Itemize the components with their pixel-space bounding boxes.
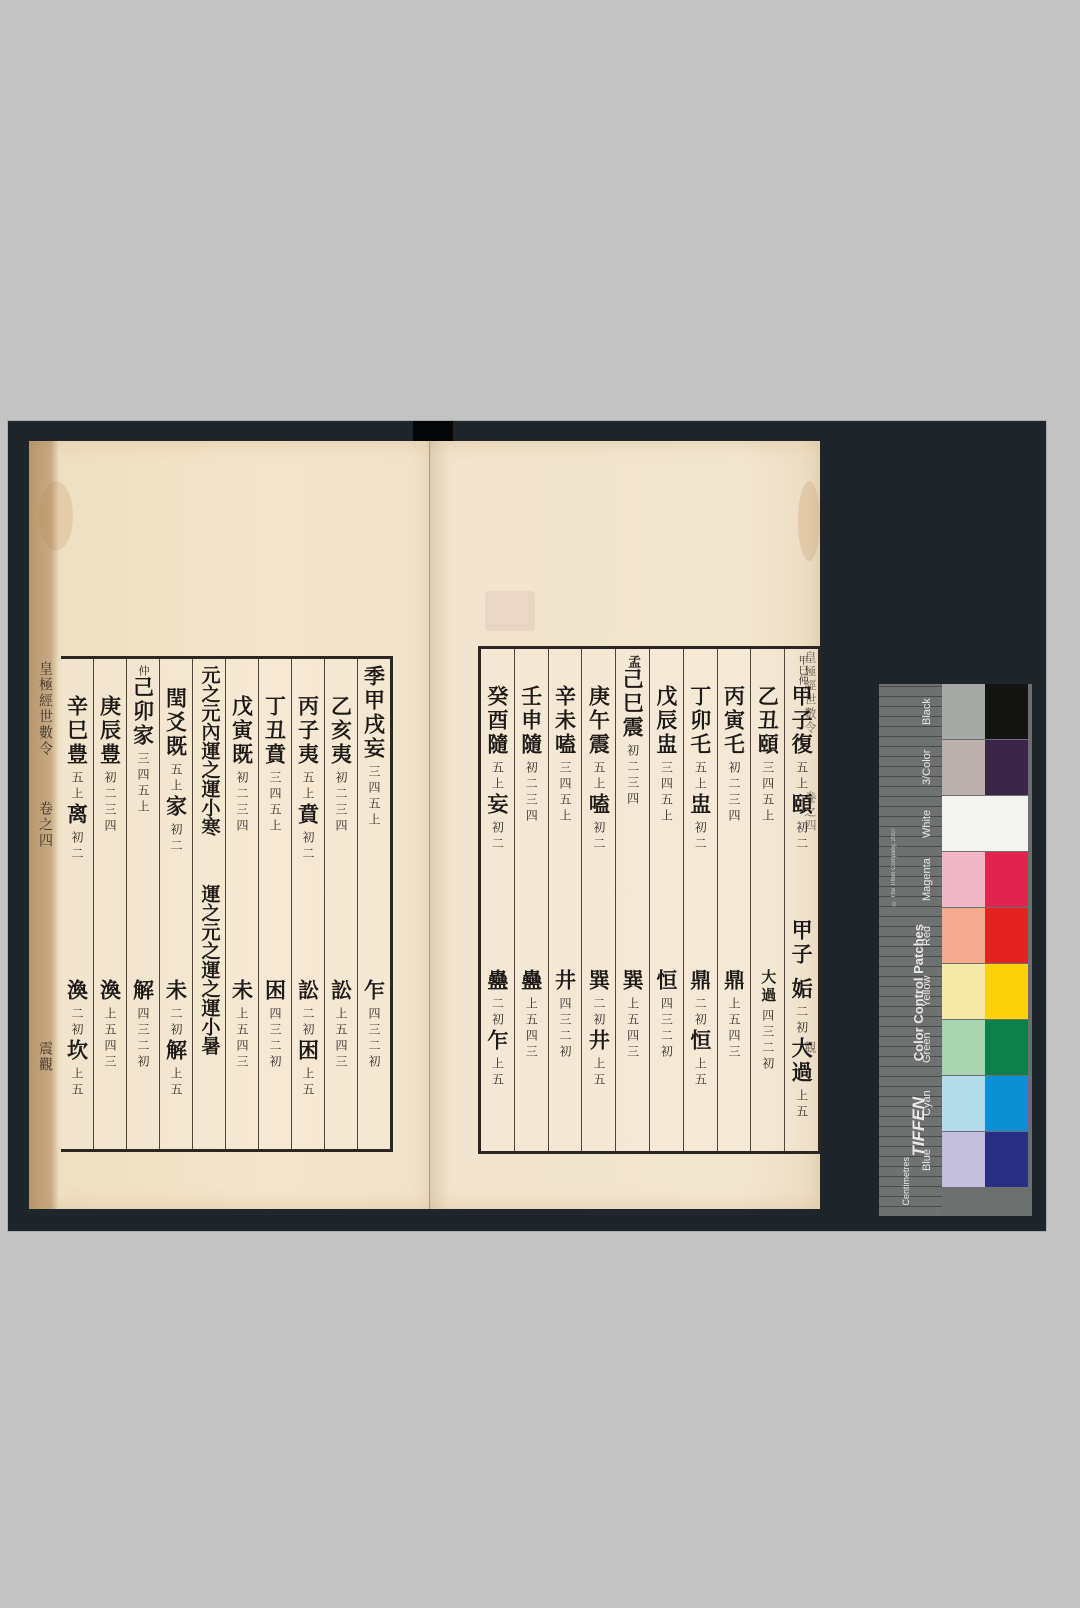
patch-yellow [985, 964, 1028, 1019]
hexagram: 盅 [690, 793, 711, 817]
table-column: 戊寅 既 初二三四 未 上五四三 [225, 659, 258, 1149]
patch-label: 3/Color [921, 740, 937, 795]
line-positions: 上五 [796, 1089, 808, 1121]
table-column: 癸酉 隨 五上 妄 初二 蠱 二初 乍 上五 [481, 649, 514, 1151]
patch-label: Red [921, 908, 937, 963]
patch-label: Yellow [921, 964, 937, 1019]
line-positions: 五上 [796, 761, 808, 793]
hexagram: 妄 [364, 737, 385, 761]
line-positions: 初二 [302, 831, 314, 863]
season-note: 仲 [135, 665, 151, 676]
line-positions: 四三二初 [269, 1007, 281, 1071]
patch-3color-light [942, 740, 985, 795]
table-column: 閏爻 既 五上 家 初二 未 二初 解 上五 [159, 659, 192, 1149]
patch-label: Green [921, 1020, 937, 1075]
hexagram: 隨 [487, 733, 508, 757]
table-column: 丙子 夷 五上 賁 初二 訟 二初 困 上五 [291, 659, 324, 1149]
seal-mark [485, 591, 535, 631]
season-note: 甲巳仲 [794, 655, 809, 685]
patch-green [985, 1020, 1028, 1075]
left-print-frame: 季甲戌 妄 三四五上 乍 四三二初 乙亥 夷 初二三四 訟 上五四三 [61, 656, 393, 1152]
line-positions: 初二 [593, 821, 605, 853]
table-column: 季甲戌 妄 三四五上 乍 四三二初 [357, 659, 390, 1149]
line-positions: 四三二初 [762, 1009, 774, 1073]
hexagram: 嗑 [588, 793, 609, 817]
hexagram: 鼎 [724, 969, 745, 993]
hexagram: 夷 [331, 743, 352, 767]
stem-branch: 戊辰 [656, 685, 677, 733]
line-positions: 上五四三 [104, 1007, 116, 1071]
patch-label: Black [921, 684, 937, 739]
line-positions: 上五四三 [335, 1007, 347, 1071]
hexagram: 未 [166, 979, 187, 1003]
line-positions: 三四五上 [762, 761, 774, 825]
hexagram: 蠱 [487, 969, 508, 993]
stem-branch: 閏爻 [166, 687, 187, 735]
line-positions: 三四五上 [269, 771, 281, 835]
line-positions: 初二三四 [627, 744, 639, 808]
hexagram: 大過 [760, 969, 775, 1005]
table-column: 壬申 隨 初二三四 蠱 上五四三 [514, 649, 548, 1151]
stem-branch: 壬申 [521, 685, 542, 733]
season-note: 孟 [623, 655, 642, 668]
patch-black-light [942, 684, 985, 739]
hexagram: 巽 [588, 969, 609, 993]
hexagram: 蠱 [521, 969, 542, 993]
hexagram: 既 [166, 735, 187, 759]
hexagram: 隨 [521, 733, 542, 757]
table-column: 丁丑 賁 三四五上 困 四三二初 [258, 659, 291, 1149]
table-column: 庚午 震 五上 嗑 初二 巽 二初 井 上五 [581, 649, 615, 1151]
hexagram: 妄 [487, 793, 508, 817]
table-column-annotation: 元之元內運之運小寒 運之元之運之運小暑 [192, 659, 225, 1149]
right-print-frame: 甲巳仲 甲子 復 五上 頤 初二 甲子 姤 二初 大過 上五 乙丑 頤 三四五上… [478, 646, 821, 1154]
line-positions: 二初 [593, 997, 605, 1029]
line-positions: 上五 [491, 1057, 503, 1089]
table-column: 辛巳 豊 五上 离 初二 渙 二初 坎 上五 [61, 659, 93, 1149]
hexagram: 盅 [656, 733, 677, 757]
patch-red [985, 908, 1028, 963]
units-label: Centimetres [901, 1157, 911, 1206]
line-positions: 上五 [170, 1067, 182, 1099]
hexagram: 井 [588, 1029, 609, 1053]
hexagram: 頤 [791, 793, 812, 817]
patch-label: Cyan [921, 1076, 937, 1131]
hexagram: 訟 [331, 979, 352, 1003]
gutter-footer: 震觀 [35, 1041, 55, 1073]
patch-black [985, 684, 1028, 739]
hexagram: 渙 [67, 979, 88, 1003]
water-stain [798, 481, 820, 561]
hexagram: 乇 [690, 733, 711, 757]
line-positions: 上五 [71, 1067, 83, 1099]
copyright: © The Tiffen Company, 2007 [891, 828, 897, 906]
hexagram: 恒 [656, 969, 677, 993]
line-positions: 上五四三 [236, 1007, 248, 1071]
line-positions: 初二 [694, 821, 706, 853]
hexagram: 恒 [690, 1029, 711, 1053]
patch-cyan [985, 1076, 1028, 1131]
patch-blue-light [942, 1132, 985, 1187]
hexagram: 頤 [757, 733, 778, 757]
table-column: 乙亥 夷 初二三四 訟 上五四三 [324, 659, 357, 1149]
line-positions: 初二三四 [525, 761, 537, 825]
stem-branch: 庚辰 [100, 695, 121, 743]
hexagram: 豊 [67, 743, 88, 767]
stem-branch: 丁卯 [690, 685, 711, 733]
hexagram: 甲子 姤 [791, 919, 812, 1001]
line-positions: 二初 [302, 1007, 314, 1039]
patch-red-light [942, 908, 985, 963]
hexagram: 既 [232, 743, 253, 767]
hexagram: 井 [555, 969, 576, 993]
table-column: 辛未 嗑 三四五上 井 四三二初 [548, 649, 582, 1151]
stem-branch: 乙亥 [331, 695, 352, 743]
line-positions: 五上 [170, 763, 182, 795]
hexagram: 家 [133, 724, 154, 748]
patch-blue [985, 1132, 1028, 1187]
stem-branch: 乙丑 [757, 685, 778, 733]
line-positions: 五上 [694, 761, 706, 793]
color-control-strip: Centimetres TIFFEN Color Control Patches… [879, 684, 1032, 1216]
stem-branch: 丙寅 [724, 685, 745, 733]
patch-green-light [942, 1020, 985, 1075]
line-positions: 三四五上 [137, 752, 149, 816]
patch-yellow-light [942, 964, 985, 1019]
line-positions: 上五 [593, 1057, 605, 1089]
table-column: 甲巳仲 甲子 復 五上 頤 初二 甲子 姤 二初 大過 上五 [784, 649, 818, 1151]
hexagram: 乍 [487, 1029, 508, 1053]
hexagram: 坎 [67, 1039, 88, 1063]
right-page: 皇極經世數令 卷之四 觀 甲巳仲 甲子 復 五上 頤 初二 甲子 姤 二初 大過… [429, 441, 820, 1209]
hexagram: 乇 [724, 733, 745, 757]
hexagram: 家 [166, 795, 187, 819]
hexagram: 解 [166, 1039, 187, 1063]
patch-white [942, 796, 1028, 851]
line-positions: 初二 [491, 821, 503, 853]
hexagram: 夷 [298, 743, 319, 767]
period-annotation: 元之元內運之運小寒 [200, 665, 219, 836]
line-positions: 二初 [796, 1005, 808, 1037]
gutter-section: 卷之四 [35, 801, 55, 849]
stem-branch: 丁丑 [265, 695, 286, 743]
table-column: 丙寅 乇 初二三四 鼎 上五四三 [717, 649, 751, 1151]
table-column: 戊辰 盅 三四五上 恒 四三二初 [649, 649, 683, 1151]
line-positions: 初二 [71, 831, 83, 863]
line-positions: 上五四三 [525, 997, 537, 1061]
table-column: 庚辰 豊 初二三四 渙 上五四三 [93, 659, 126, 1149]
line-positions: 四三二初 [368, 1007, 380, 1071]
hexagram: 解 [133, 979, 154, 1003]
period-annotation: 運之元之運之運小暑 [200, 884, 219, 1055]
line-positions: 五上 [491, 761, 503, 793]
line-positions: 二初 [170, 1007, 182, 1039]
stem-branch: 丙子 [298, 695, 319, 743]
line-positions: 初二三四 [104, 771, 116, 835]
line-positions: 二初 [694, 997, 706, 1029]
line-positions: 四三二初 [559, 997, 571, 1061]
line-positions: 初二 [796, 821, 808, 853]
patch-magenta [985, 852, 1028, 907]
stem-branch: 己巳 [622, 668, 643, 716]
hexagram: 渙 [100, 979, 121, 1003]
line-positions: 初二 [170, 823, 182, 855]
line-positions: 上五 [694, 1057, 706, 1089]
line-positions: 三四五上 [559, 761, 571, 825]
line-positions: 初二三四 [335, 771, 347, 835]
table-column: 孟 己巳 震 初二三四 巽 上五四三 [615, 649, 649, 1151]
hexagram: 巽 [622, 969, 643, 993]
line-positions: 四三二初 [660, 997, 672, 1061]
hexagram: 困 [298, 1039, 319, 1063]
hexagram: 賁 [298, 803, 319, 827]
hexagram: 豊 [100, 743, 121, 767]
hexagram: 賁 [265, 743, 286, 767]
line-positions: 初二三四 [236, 771, 248, 835]
table-column: 乙丑 頤 三四五上 大過 四三二初 [750, 649, 784, 1151]
stem-branch: 己卯 [133, 676, 154, 724]
line-positions: 上五四三 [627, 997, 639, 1061]
hexagram: 大過 [791, 1037, 812, 1085]
line-positions: 二初 [71, 1007, 83, 1039]
hexagram: 復 [791, 733, 812, 757]
line-positions: 五上 [593, 761, 605, 793]
line-positions: 三四五上 [660, 761, 672, 825]
patch-magenta-light [942, 852, 985, 907]
line-positions: 五上 [302, 771, 314, 803]
hexagram: 乍 [364, 979, 385, 1003]
patch-cyan-light [942, 1076, 985, 1131]
stem-branch: 癸酉 [487, 685, 508, 733]
patch-label: Magenta [921, 852, 937, 907]
line-positions: 四三二初 [137, 1007, 149, 1071]
table-column: 仲 己卯 家 三四五上 解 四三二初 [126, 659, 159, 1149]
patch-3color [985, 740, 1028, 795]
stem-branch: 辛未 [555, 685, 576, 733]
line-positions: 五上 [71, 771, 83, 803]
patch-label: White [921, 796, 937, 851]
hexagram: 震 [588, 733, 609, 757]
hexagram: 困 [265, 979, 286, 1003]
book-scan: 皇極經世數令 卷之四 震觀 季甲戌 妄 三四五上 乍 四三二初 乙亥 夷 初二三… [7, 420, 1047, 1232]
hexagram: 震 [622, 716, 643, 740]
hexagram: 嗑 [555, 733, 576, 757]
line-positions: 上五 [302, 1067, 314, 1099]
stem-branch: 甲子 [791, 685, 812, 733]
hexagram: 訟 [298, 979, 319, 1003]
line-positions: 初二三四 [728, 761, 740, 825]
hexagram: 鼎 [690, 969, 711, 993]
stem-branch: 庚午 [588, 685, 609, 733]
stem-branch: 季甲戌 [364, 665, 385, 737]
left-page: 皇極經世數令 卷之四 震觀 季甲戌 妄 三四五上 乍 四三二初 乙亥 夷 初二三… [29, 441, 429, 1209]
hexagram: 离 [67, 803, 88, 827]
hexagram: 未 [232, 979, 253, 1003]
gutter-title: 皇極經世數令 [35, 661, 55, 757]
line-positions: 上五四三 [728, 997, 740, 1061]
patch-label: Blue [921, 1132, 937, 1187]
line-positions: 二初 [491, 997, 503, 1029]
water-stain [39, 481, 73, 551]
table-column: 丁卯 乇 五上 盅 初二 鼎 二初 恒 上五 [683, 649, 717, 1151]
stem-branch: 辛巳 [67, 695, 88, 743]
stem-branch: 戊寅 [232, 695, 253, 743]
line-positions: 三四五上 [368, 765, 380, 829]
